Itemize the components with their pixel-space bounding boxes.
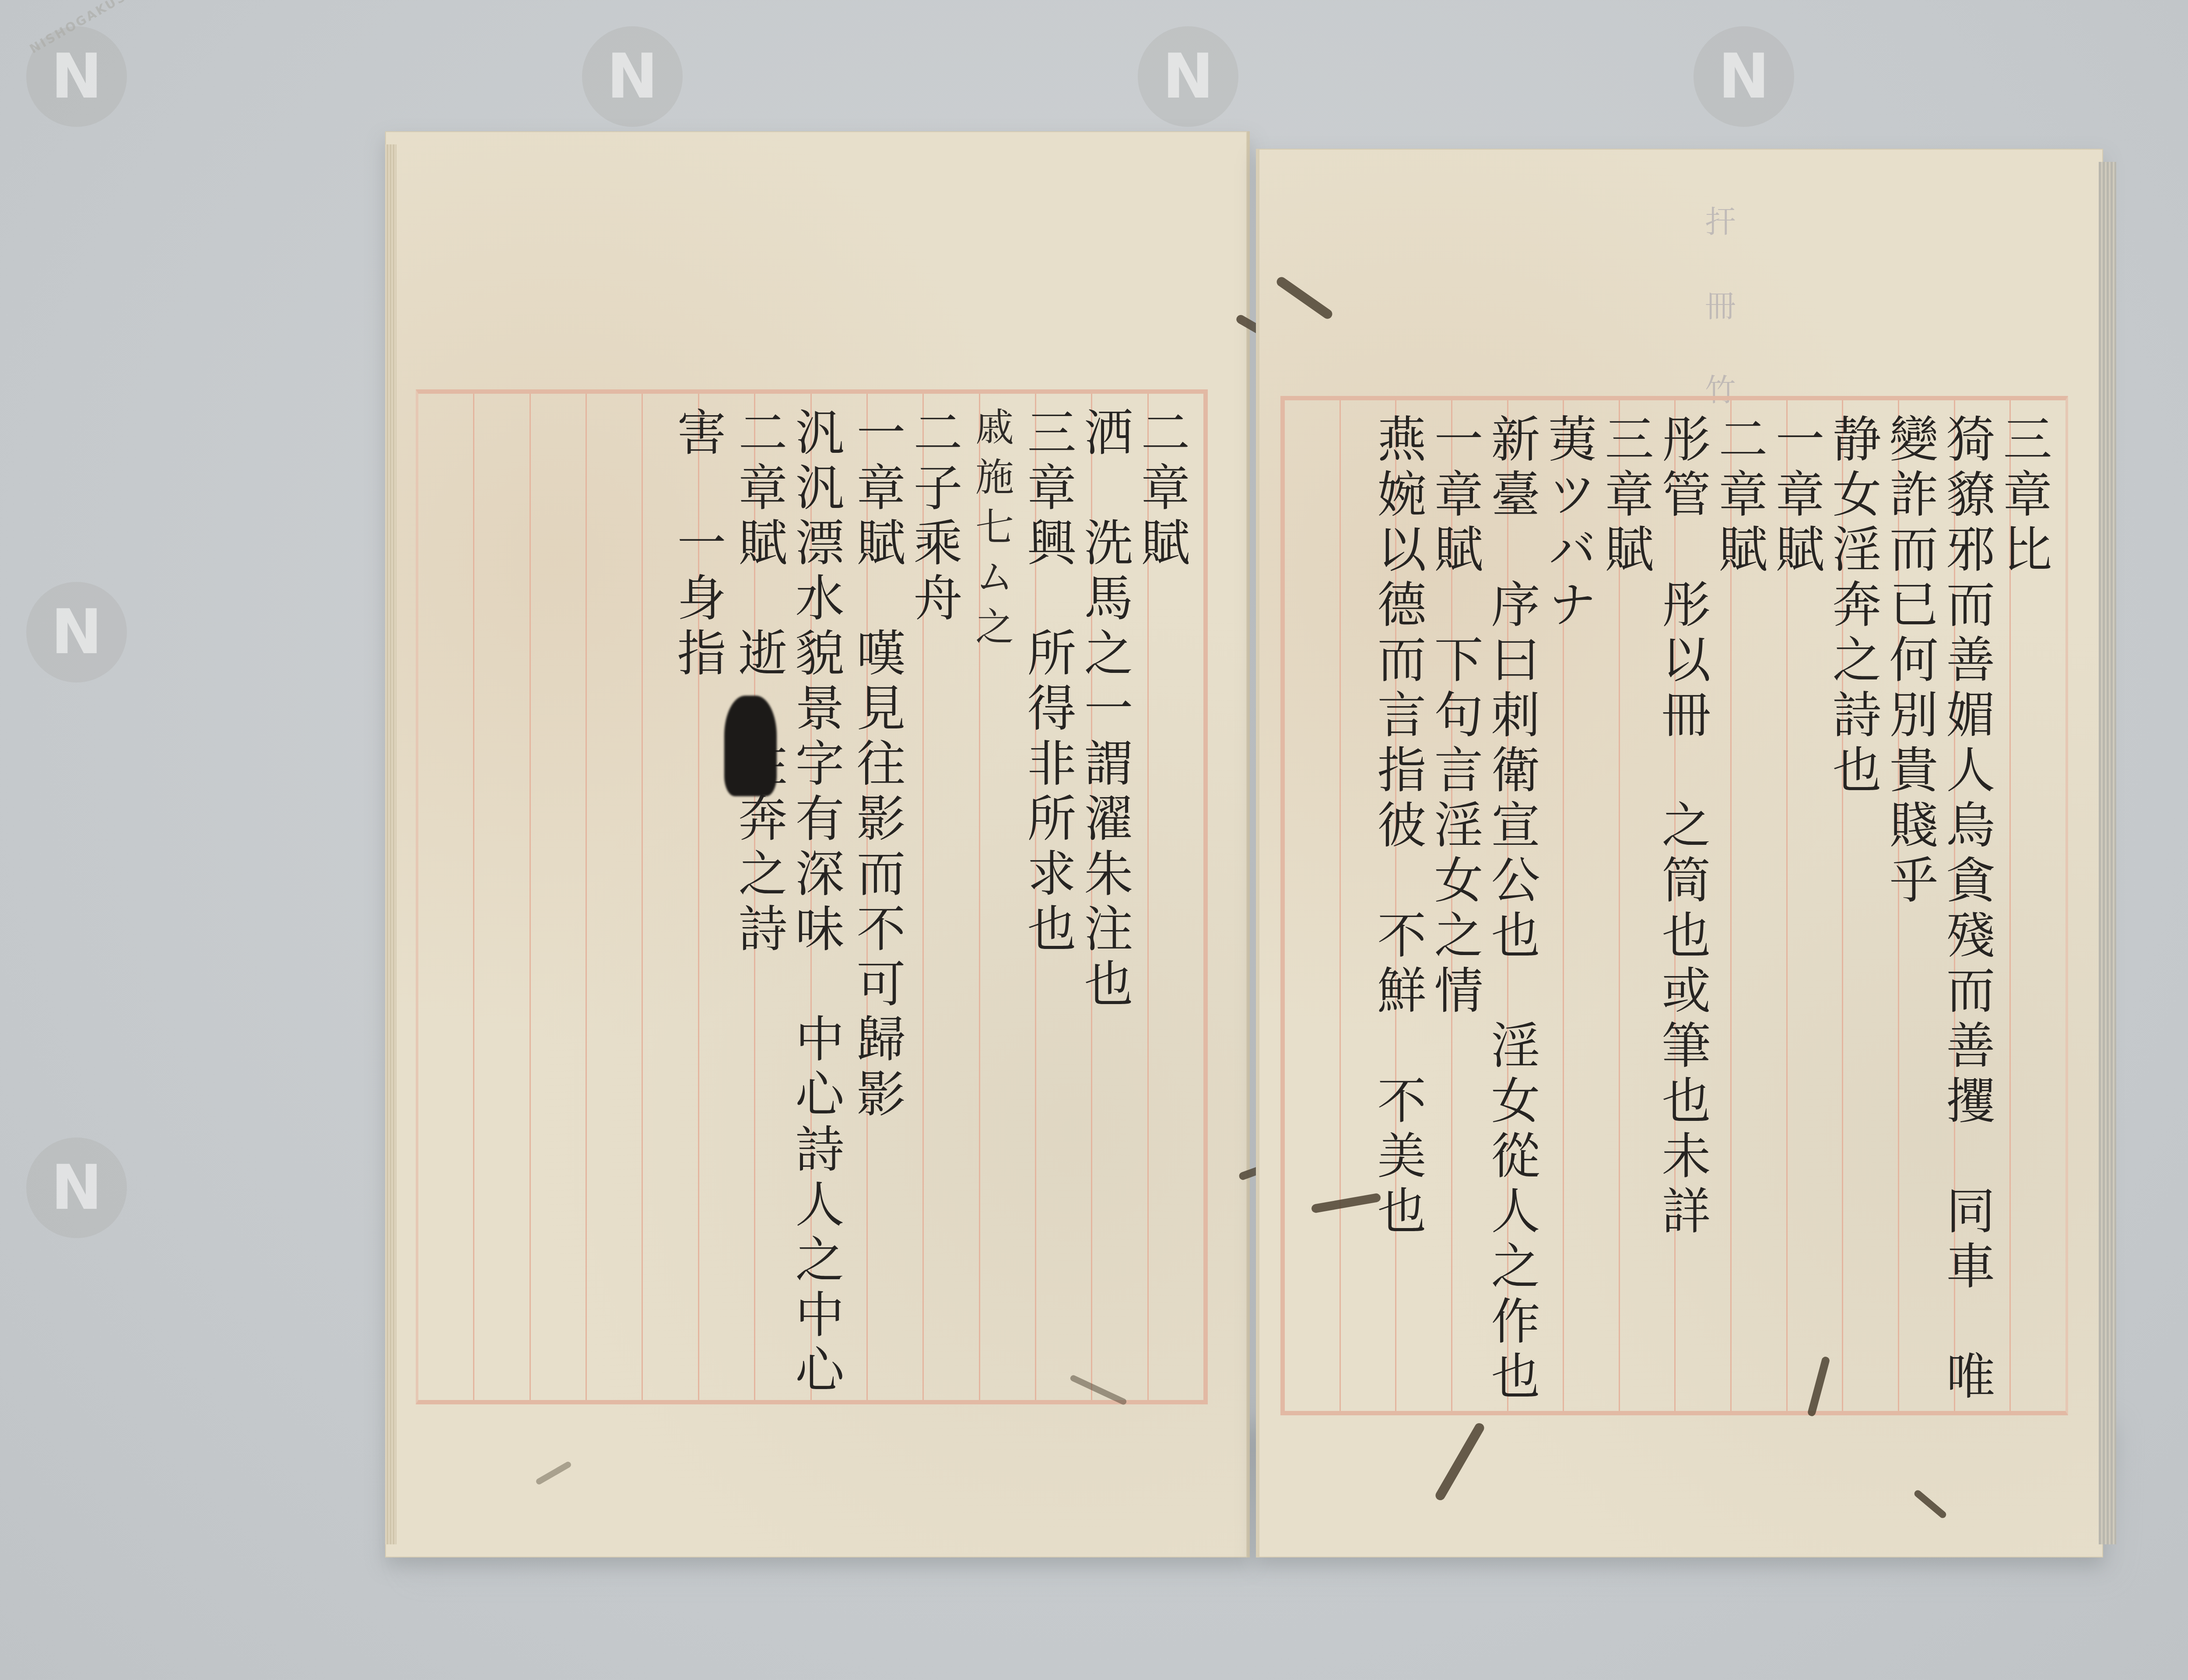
nishogakusha-logo-icon: N <box>26 582 127 682</box>
wormhole-damage <box>1913 1489 1947 1519</box>
text-column: 戚施七ム之 <box>972 407 1011 656</box>
text-column: 一章賦 嘆見往影而不可歸影 <box>852 407 901 1123</box>
text-column: 二章賦 逝 往奔之詩 <box>734 407 783 958</box>
nishogakusha-logo-icon: N <box>582 26 683 127</box>
left-page: 二章賦 洒 洗馬之一謂濯朱注也 三章興 所得非所求也 戚施七ム之 二子乘舟 一章… <box>385 131 1250 1557</box>
nishogakusha-logo-icon: N <box>1138 26 1238 127</box>
ink-blot <box>724 696 777 796</box>
text-column: 汎汎漂水貌景字有深味 中心詩人之中心 <box>791 407 840 1399</box>
text-column: 燕婉以德而言指彼 不鮮 不美也 <box>1373 413 1422 1240</box>
text-column: 彤管 彤以冊 之筒也或筆也未詳 <box>1658 413 1707 1240</box>
faint-pencil-note: 扞 冊 竹 <box>1696 206 1740 413</box>
text-column: 三章興 所得非所求也 <box>1023 407 1072 958</box>
nishogakusha-logo-icon: N <box>1694 26 1794 127</box>
text-column: 新臺 序曰刺衛宣公也 淫女從人之作也 <box>1487 413 1536 1406</box>
text-column: 荑ツバナ <box>1544 413 1593 634</box>
right-page: 扞 冊 竹 三章比 猗䝤邪而善媚人烏貪殘而善攫 同車 唯 變詐而已何別貴賤乎 静… <box>1256 149 2103 1557</box>
page-stack-edge <box>385 144 396 1544</box>
text-column: 二章賦 <box>1715 413 1764 579</box>
open-book: 二章賦 洒 洗馬之一謂濯朱注也 三章興 所得非所求也 戚施七ム之 二子乘舟 一章… <box>385 131 2118 1557</box>
wormhole-damage <box>1275 275 1334 321</box>
ruled-frame: 二章賦 洒 洗馬之一謂濯朱注也 三章興 所得非所求也 戚施七ム之 二子乘舟 一章… <box>416 389 1208 1404</box>
text-column: 三章比 <box>1999 413 2048 579</box>
text-column: 洒 洗馬之一謂濯朱注也 <box>1080 407 1129 1013</box>
nishogakusha-logo-icon: NISHOGAKUSHAN <box>26 26 127 127</box>
text-column: 静女淫奔之詩也 <box>1828 413 1877 799</box>
nishogakusha-logo-icon: N <box>26 1137 127 1238</box>
text-column: 二子乘舟 <box>909 407 958 627</box>
text-column: 猗䝤邪而善媚人烏貪殘而善攫 同車 唯 <box>1942 413 1991 1406</box>
wormhole-damage <box>1434 1421 1486 1502</box>
text-column: 害 一身指 <box>673 407 722 682</box>
text-column: 二章賦 <box>1137 407 1186 572</box>
text-column: 一章賦 下句言淫女之情 <box>1430 413 1479 1020</box>
page-stack-edge <box>2099 162 2116 1544</box>
ruled-frame: 三章比 猗䝤邪而善媚人烏貪殘而善攫 同車 唯 變詐而已何別貴賤乎 静女淫奔之詩也… <box>1280 396 2068 1415</box>
text-column: 三章賦 <box>1601 413 1650 579</box>
wormhole-damage <box>535 1460 572 1485</box>
text-column: 變詐而已何別貴賤乎 <box>1885 413 1934 910</box>
text-column: 一章賦 <box>1771 413 1820 579</box>
